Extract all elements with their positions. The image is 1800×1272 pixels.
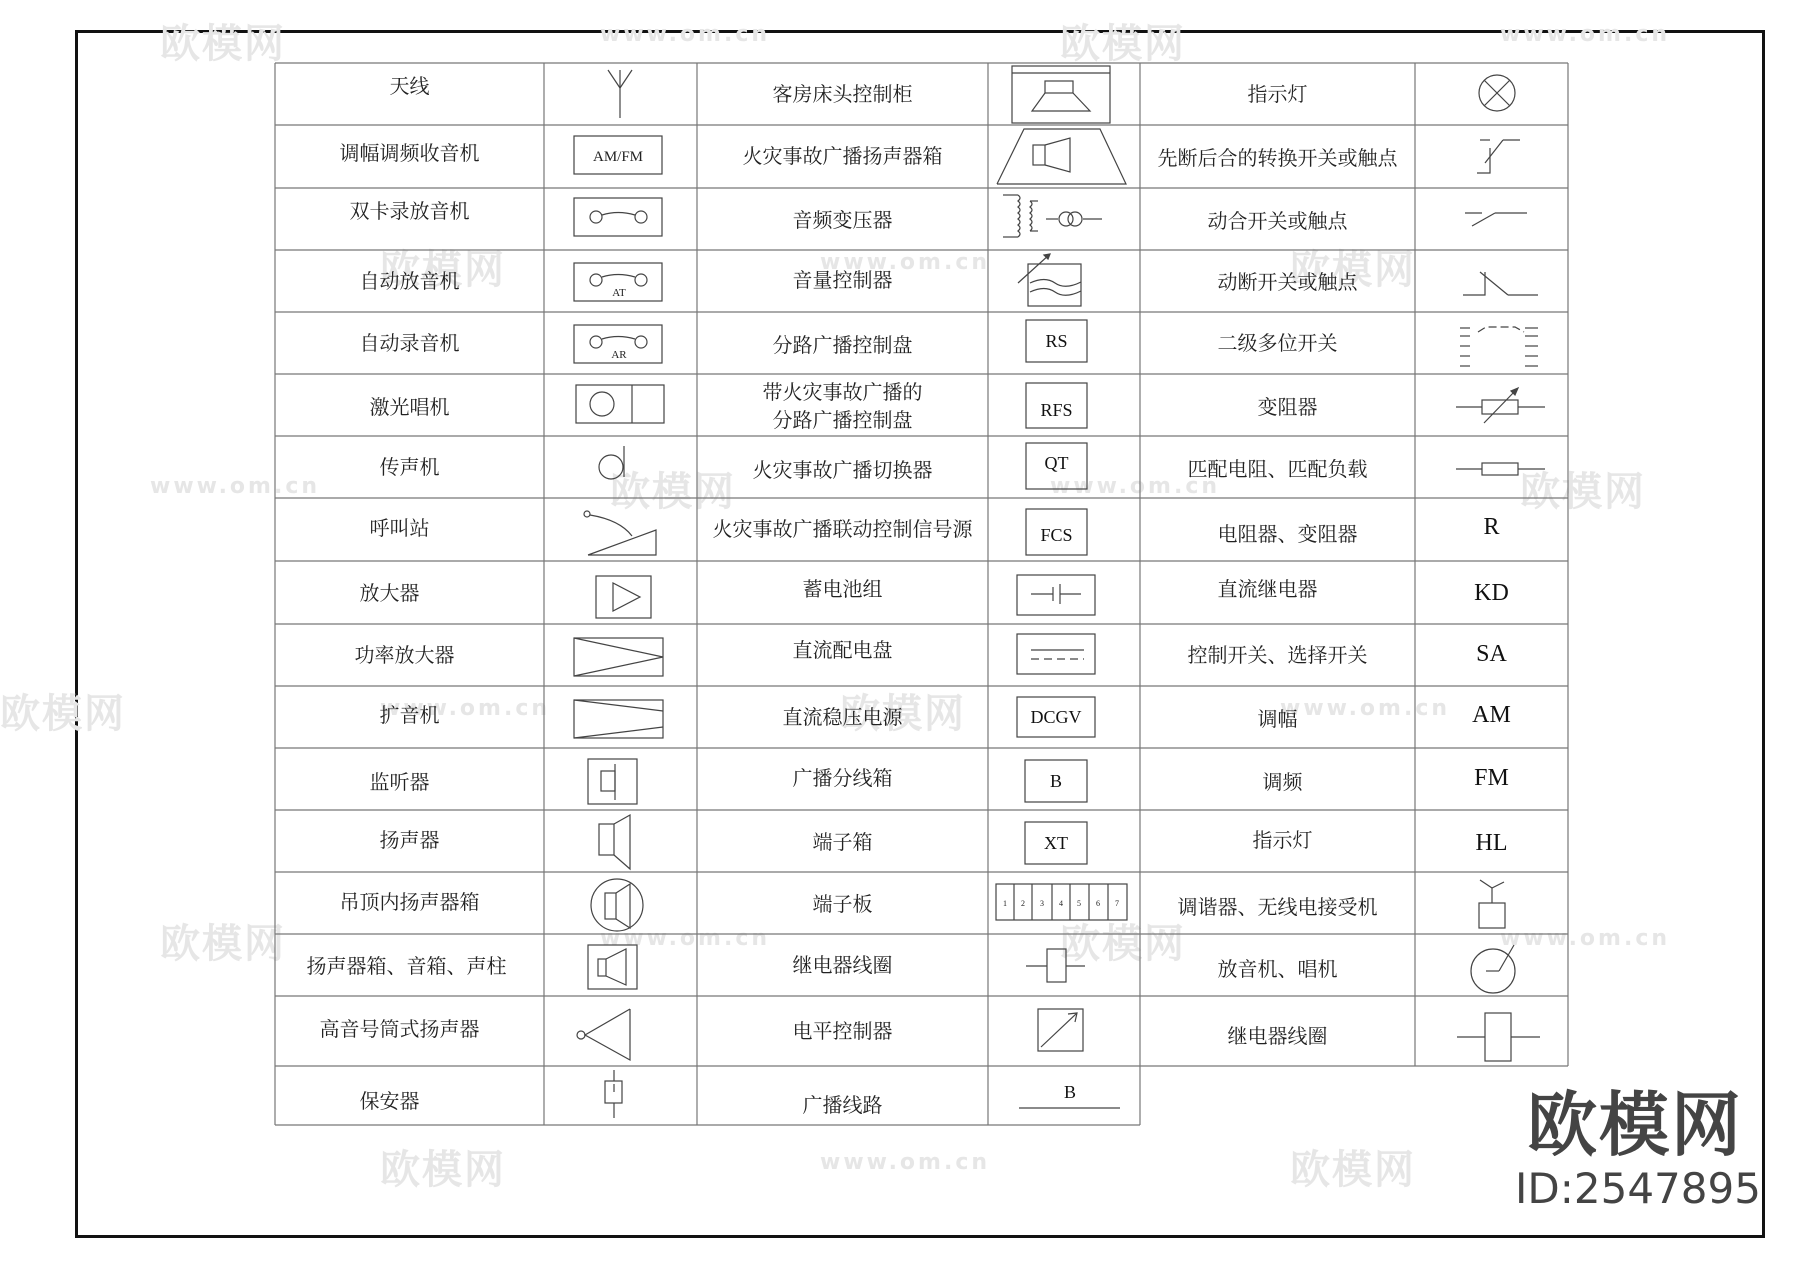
brand-id: ID:2547895: [1515, 1165, 1755, 1213]
am-fm-symbol-text: AM/FM: [593, 149, 643, 165]
label-make-contact: 动合开关或触点: [1140, 203, 1415, 239]
horn-speaker-icon: [577, 1009, 630, 1060]
label-volume-control: 音量控制器: [697, 262, 988, 298]
label-fire-signal-source: 火灾事故广播联动控制信号源: [697, 511, 988, 547]
symbol-kd: KD: [1415, 573, 1568, 613]
svg-text:3: 3: [1040, 899, 1044, 908]
label-terminal-box: 端子箱: [697, 824, 988, 860]
record-player-icon: [1471, 945, 1515, 993]
label-rfs-line2: 分路广播控制盘: [773, 406, 913, 434]
label-protector: 保安器: [255, 1083, 524, 1119]
cd-player-icon: [576, 385, 664, 423]
label-resistor-code: 电阻器、变阻器: [1150, 516, 1425, 552]
break-before-make-icon: [1477, 140, 1520, 173]
label-pa-amplifier: 扩音机: [275, 697, 544, 733]
brand-stamp: 欧模网 ID:2547895: [1515, 1085, 1755, 1213]
audio-transformer-icon: [1003, 195, 1102, 237]
label-auto-recorder: 自动录音机: [275, 325, 544, 361]
brand-title: 欧模网: [1515, 1085, 1755, 1165]
svg-text:4: 4: [1059, 899, 1063, 908]
ceiling-speaker-icon: [591, 879, 643, 931]
symbol-hl: HL: [1415, 823, 1568, 863]
symbol-am: AM: [1415, 695, 1568, 735]
label-monitor: 监听器: [265, 764, 534, 800]
svg-text:6: 6: [1096, 899, 1100, 908]
at-symbol-text: AT: [612, 287, 626, 299]
label-fire-speaker: 火灾事故广播扬声器箱: [697, 138, 988, 174]
label-speaker-box: 扬声器箱、音箱、声柱: [272, 948, 541, 984]
label-rheostat: 变阻器: [1150, 389, 1425, 425]
label-dual-cassette: 双卡录放音机: [275, 193, 544, 229]
volume-control-icon: [1018, 254, 1081, 306]
label-relay-coil: 继电器线圈: [697, 947, 988, 983]
symbol-fm: FM: [1415, 758, 1568, 798]
symbol-dcgv: DCGV: [1017, 697, 1095, 737]
label-indicator-lamp: 指示灯: [1140, 76, 1415, 112]
label-break-before-make: 先断后合的转换开关或触点: [1140, 140, 1415, 176]
monitor-icon: [588, 759, 637, 804]
label-matched-resistor: 匹配电阻、匹配负载: [1140, 451, 1415, 487]
label-dc-regulated-supply: 直流稳压电源: [697, 699, 988, 735]
label-rs-panel: 分路广播控制盘: [697, 327, 988, 363]
power-amplifier-icon: [574, 638, 663, 676]
label-broadcast-line: 广播线路: [697, 1087, 988, 1123]
dc-panel-icon: [1017, 634, 1095, 674]
break-contact-icon: [1463, 272, 1538, 295]
label-ceiling-speaker: 吊顶内扬声器箱: [275, 884, 544, 920]
label-am-fm-radio: 调幅调频收音机: [275, 135, 544, 171]
label-microphone: 传声机: [275, 449, 544, 485]
resistor-icon: [1456, 463, 1545, 475]
protector-icon: [605, 1070, 622, 1118]
label-tuner: 调谐器、无线电接受机: [1140, 889, 1415, 925]
label-antenna: 天线: [275, 66, 544, 106]
label-dc-relay: 直流继电器: [1130, 571, 1405, 607]
label-rfs-panel: 带火灾事故广播的 分路广播控制盘: [697, 376, 988, 436]
indicator-lamp-icon: [1479, 75, 1515, 111]
amplifier-icon: [596, 576, 651, 618]
tape-recorder-icon: [574, 198, 662, 236]
level-control-icon: [1038, 1009, 1083, 1051]
label-audio-transformer: 音频变压器: [697, 202, 988, 238]
multi-position-switch-icon: [1460, 327, 1538, 366]
symbol-xt: XT: [1025, 822, 1087, 864]
symbol-sa: SA: [1415, 634, 1568, 674]
svg-text:1: 1: [1003, 899, 1007, 908]
microphone-icon: [599, 446, 624, 479]
label-fire-switch: 火灾事故广播切换器: [697, 452, 988, 488]
label-auto-player: 自动放音机: [275, 263, 544, 299]
symbol-rs: RS: [1026, 320, 1087, 362]
tuner-icon: [1479, 880, 1505, 928]
symbol-fcs: FCS: [1026, 512, 1087, 558]
label-control-switch: 控制开关、选择开关: [1140, 637, 1415, 673]
relay-coil-icon: [1026, 949, 1085, 982]
speaker-box-icon: [588, 945, 637, 989]
make-contact-icon: [1465, 213, 1527, 226]
label-indicator-lamp-code: 指示灯: [1145, 822, 1420, 858]
symbol-qt: QT: [1026, 443, 1087, 483]
label-distribution-box: 广播分线箱: [697, 760, 988, 796]
label-record-player: 放音机、唱机: [1140, 951, 1415, 987]
fire-speaker-icon: [997, 129, 1126, 184]
antenna-icon: [608, 70, 632, 118]
label-bedside-panel: 客房床头控制柜: [697, 76, 988, 112]
label-dc-panel: 直流配电盘: [697, 632, 988, 668]
label-am: 调幅: [1140, 701, 1415, 737]
svg-text:2: 2: [1021, 899, 1025, 908]
label-fm: 调频: [1145, 764, 1420, 800]
svg-text:5: 5: [1077, 899, 1081, 908]
ar-symbol-text: AR: [611, 349, 627, 361]
terminal-numbers: 1234567: [1003, 899, 1119, 908]
relay-coil-icon: [1457, 1013, 1540, 1061]
svg-text:7: 7: [1115, 899, 1119, 908]
label-power-amplifier: 功率放大器: [270, 637, 539, 673]
label-multi-position-switch: 二级多位开关: [1140, 325, 1415, 361]
label-cd-player: 激光唱机: [275, 389, 544, 425]
bedside-panel-icon: [1012, 66, 1110, 123]
rheostat-icon: [1456, 388, 1545, 423]
label-call-station: 呼叫站: [265, 510, 534, 546]
symbol-broadcast-line-b: B: [1050, 1078, 1090, 1106]
label-level-control: 电平控制器: [697, 1013, 988, 1049]
label-terminal-board: 端子板: [697, 886, 988, 922]
label-relay-coil-2: 继电器线圈: [1140, 1018, 1415, 1054]
speaker-icon: [599, 815, 630, 869]
label-break-contact: 动断开关或触点: [1150, 264, 1425, 300]
label-rfs-line1: 带火灾事故广播的: [763, 378, 923, 406]
label-horn-speaker: 高音号筒式扬声器: [265, 1011, 534, 1047]
symbol-r: R: [1415, 507, 1568, 547]
label-battery: 蓄电池组: [697, 571, 988, 607]
symbol-rfs: RFS: [1026, 389, 1087, 431]
label-speaker: 扬声器: [275, 822, 544, 858]
loudspeaker-amplifier-icon: [574, 700, 663, 738]
label-amplifier: 放大器: [255, 575, 524, 611]
battery-icon: [1017, 575, 1095, 615]
symbol-b-box: B: [1025, 760, 1087, 802]
call-station-icon: [584, 511, 656, 555]
